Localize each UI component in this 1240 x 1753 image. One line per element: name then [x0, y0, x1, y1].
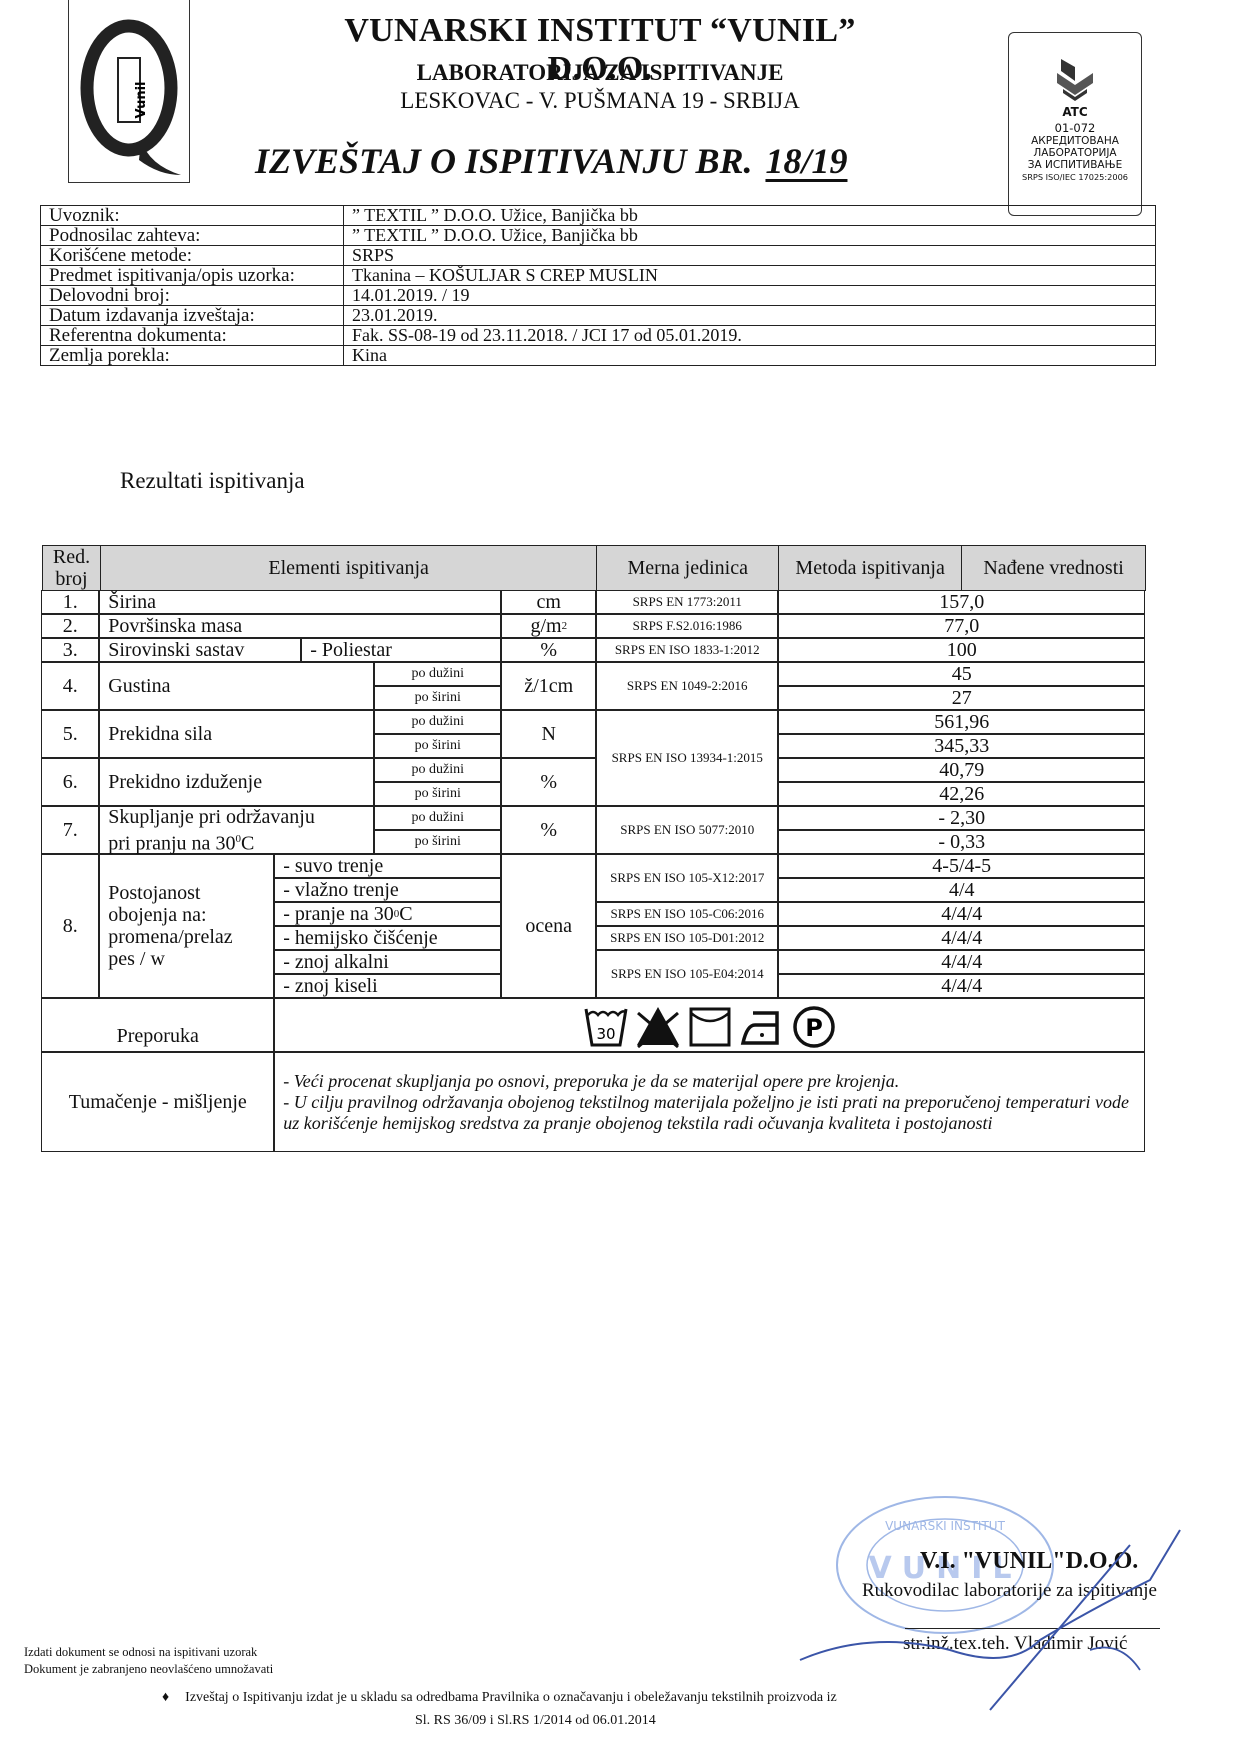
info-value: 14.01.2019. / 19: [344, 286, 1156, 306]
results-table: Red. broj Elementi ispitivanja Merna jed…: [42, 545, 1146, 591]
direction-width: po širini: [374, 782, 501, 806]
info-value: Fak. SS-08-19 od 23.11.2018. / JCI 17 od…: [344, 326, 1156, 346]
report-title-prefix: IZVEŠTAJ O ISPITIVANJU BR.: [255, 141, 752, 181]
unit: %: [501, 638, 596, 662]
found-value: 27: [778, 686, 1145, 710]
care-symbols: 30 P: [274, 998, 1145, 1052]
row-number: 3.: [41, 638, 99, 662]
col-header-element: Elementi ispitivanja: [100, 546, 596, 591]
cell-text: - U cilju pravilnog održavanja obojenog …: [283, 1092, 1136, 1134]
info-label: Delovodni broj:: [41, 286, 344, 306]
footer-note-regulation: ♦Izveštaj o Ispitivanju izdat je u sklad…: [162, 1690, 837, 1706]
direction-length: po dužini: [374, 710, 501, 734]
col-header-unit: Merna jedinica: [597, 546, 779, 591]
svg-text:VUNARSKI INSTITUT: VUNARSKI INSTITUT: [885, 1519, 1005, 1533]
info-value: ” TEXTIL ” D.O.O. Užice, Banjička bb: [344, 226, 1156, 246]
test-method: SRPS EN ISO 105-E04:2014: [596, 950, 778, 998]
found-value: 42,26: [778, 782, 1145, 806]
footer-note-sample: Izdati dokument se odnosi na ispitivani …: [24, 1645, 257, 1660]
info-label: Korišćene metode:: [41, 246, 344, 266]
signature-organization: V.I. "VUNIL"D.O.O.: [920, 1548, 1138, 1575]
row-number: 1.: [41, 590, 99, 614]
vunil-q-logo-icon: Vunil: [69, 0, 189, 182]
signature-role: Rukovodilac laboratorije za ispitivanje: [862, 1580, 1157, 1602]
interpretation-text: - Veći procenat skupljanja po osnovi, pr…: [274, 1052, 1145, 1152]
info-label: Zemlja porekla:: [41, 346, 344, 366]
test-element: Površinska masa: [99, 614, 501, 638]
fastness-test: - vlažno trenje: [274, 878, 501, 902]
no-bleach-icon: [635, 1003, 681, 1049]
row-number: 5.: [41, 710, 99, 758]
row-number: 2.: [41, 614, 99, 638]
found-value: 77,0: [778, 614, 1145, 638]
accreditation-badge: ATC 01-072 АКРЕДИТОВАНА ЛАБОРАТОРИЈА ЗА …: [1008, 32, 1142, 216]
info-row: Podnosilac zahteva:” TEXTIL ” D.O.O. Uži…: [41, 226, 1156, 246]
row-number: 8.: [41, 854, 99, 998]
col-header-value: Nađene vrednosti: [962, 546, 1145, 590]
test-element: Skupljanje pri održavanjupri pranju na 3…: [99, 806, 374, 854]
results-heading: Rezultati ispitivanja: [120, 468, 305, 494]
fastness-test: - znoj alkalni: [274, 950, 501, 974]
report-number: 18/19: [761, 141, 851, 181]
row-number: 6.: [41, 758, 99, 806]
found-value: 100: [778, 638, 1145, 662]
unit: %: [501, 806, 596, 854]
unit: N: [501, 710, 596, 758]
wash-30-icon: 30: [583, 1003, 629, 1049]
unit: %: [501, 758, 596, 806]
found-value: 4/4: [778, 878, 1145, 902]
direction-length: po dužini: [374, 662, 501, 686]
results-header-row: Red. broj Elementi ispitivanja Merna jed…: [43, 546, 1146, 591]
cell-text: 30: [596, 1025, 615, 1043]
cell-text: pri pranju na 300C: [108, 828, 254, 855]
info-value: SRPS: [344, 246, 1156, 266]
fastness-test: - hemijsko čišćenje: [274, 926, 501, 950]
info-value: 23.01.2019.: [344, 306, 1156, 326]
atc-line-3: ЗА ИСПИТИВАЊЕ: [1009, 159, 1141, 171]
found-value: 157,0: [778, 590, 1145, 614]
info-label: Datum izdavanja izveštaja:: [41, 306, 344, 326]
found-value: 345,33: [778, 734, 1145, 758]
svg-text:Vunil: Vunil: [134, 81, 149, 118]
info-row: Predmet ispitivanja/opis uzorka:Tkanina …: [41, 266, 1156, 286]
atc-number: 01-072: [1009, 121, 1141, 135]
info-label: Uvoznik:: [41, 206, 344, 226]
fastness-test: - suvo trenje: [274, 854, 501, 878]
col-header-method-value: Metoda ispitivanja Nađene vrednosti: [779, 546, 1146, 591]
cell-text: 2: [562, 615, 568, 637]
dryclean-p-icon: P: [791, 1003, 837, 1049]
info-row: Datum izdavanja izveštaja:23.01.2019.: [41, 306, 1156, 326]
cell-text: 30 P: [583, 997, 837, 1049]
signature-name: str.inž.tex.teh. Vladimir Jović: [903, 1633, 1127, 1655]
atc-line-2: ЛАБОРАТОРИЈА: [1009, 147, 1141, 159]
direction-length: po dužini: [374, 806, 501, 830]
info-row: Zemlja porekla:Kina: [41, 346, 1156, 366]
test-sub-element: - Poliestar: [301, 638, 501, 662]
atc-standard: SRPS ISO/IEC 17025:2006: [1009, 172, 1141, 182]
test-element: Prekidno izduženje: [99, 758, 374, 806]
report-title: IZVEŠTAJ O ISPITIVANJU BR. 18/19: [255, 140, 935, 182]
test-method: SRPS EN 1049-2:2016: [596, 662, 778, 710]
signature-line: [905, 1628, 1160, 1629]
direction-length: po dužini: [374, 758, 501, 782]
found-value: - 0,33: [778, 830, 1145, 854]
tumble-dry-icon: [687, 1003, 733, 1049]
test-element: Prekidna sila: [99, 710, 374, 758]
unit: g/m2: [501, 614, 596, 638]
info-label: Referentna dokumenta:: [41, 326, 344, 346]
interpretation-label: Tumačenje - mišljenje: [41, 1052, 274, 1152]
footer-note-gazette: Sl. RS 36/09 i Sl.RS 1/2014 od 06.01.201…: [415, 1713, 656, 1729]
test-element: Širina: [99, 590, 501, 614]
row-number: 4.: [41, 662, 99, 710]
cell-text: Postojanost: [108, 882, 200, 904]
atc-code: ATC: [1009, 105, 1141, 119]
unit: ž/1cm: [501, 662, 596, 710]
info-label: Predmet ispitivanja/opis uzorka:: [41, 266, 344, 286]
found-value: 561,96: [778, 710, 1145, 734]
test-method: SRPS EN ISO 105-C06:2016: [596, 902, 778, 926]
found-value: 40,79: [778, 758, 1145, 782]
sample-info-table: Uvoznik:” TEXTIL ” D.O.O. Užice, Banjičk…: [40, 205, 1156, 366]
test-element: Postojanostobojenja na:promena/prelazpes…: [99, 854, 274, 998]
test-method: SRPS EN ISO 105-X12:2017: [596, 854, 778, 902]
cell-text: pes / w: [108, 948, 165, 970]
found-value: - 2,30: [778, 806, 1145, 830]
institute-logo: Vunil: [68, 0, 190, 183]
unit: ocena: [501, 854, 596, 998]
cell-text: Skupljanje pri održavanju: [108, 806, 315, 828]
cell-text: - pranje na 30: [283, 903, 394, 925]
direction-width: po širini: [374, 734, 501, 758]
atc-line-1: АКРЕДИТОВАНА: [1009, 135, 1141, 147]
found-value: 4/4/4: [778, 926, 1145, 950]
recommendation-label: Preporuka: [41, 998, 274, 1052]
institute-address: LESKOVAC - V. PUŠMANA 19 - SRBIJA: [290, 88, 910, 114]
found-value: 4/4/4: [778, 950, 1145, 974]
info-label: Podnosilac zahteva:: [41, 226, 344, 246]
cell-text: P: [805, 1014, 823, 1042]
direction-width: po širini: [374, 830, 501, 854]
footer-note-copy: Dokument je zabranjeno neovlašćeno umnož…: [24, 1662, 273, 1677]
cell-text: promena/prelaz: [108, 926, 232, 948]
info-row: Uvoznik:” TEXTIL ” D.O.O. Užice, Banjičk…: [41, 206, 1156, 226]
cell-text: pri pranju na 30: [108, 833, 235, 855]
info-row: Delovodni broj:14.01.2019. / 19: [41, 286, 1156, 306]
bullet-icon: ♦: [162, 1690, 169, 1705]
iron-low-icon: [739, 1003, 785, 1049]
found-value: 45: [778, 662, 1145, 686]
info-value: Tkanina – KOŠULJAR S CREP MUSLIN: [344, 266, 1156, 286]
info-row: Korišćene metode:SRPS: [41, 246, 1156, 266]
info-value: ” TEXTIL ” D.O.O. Užice, Banjička bb: [344, 206, 1156, 226]
info-row: Referentna dokumenta:Fak. SS-08-19 od 23…: [41, 326, 1156, 346]
col-header-method: Metoda ispitivanja: [779, 546, 962, 590]
fastness-test: - pranje na 300C: [274, 902, 501, 926]
test-method: SRPS EN ISO 1833-1:2012: [596, 638, 778, 662]
laboratory-name: LABORATORIJA ZA ISPITIVANJE: [290, 60, 910, 86]
atc-chevron-icon: [1053, 45, 1097, 101]
info-value: Kina: [344, 346, 1156, 366]
found-value: 4/4/4: [778, 974, 1145, 998]
test-method: SRPS EN 1773:2011: [596, 590, 778, 614]
cell-text: C: [399, 903, 412, 925]
cell-text: - Veći procenat skupljanja po osnovi, pr…: [283, 1071, 899, 1092]
found-value: 4/4/4: [778, 902, 1145, 926]
test-method: SRPS EN ISO 13934-1:2015: [596, 710, 778, 806]
cell-text: C: [241, 833, 254, 855]
cell-text: obojenja na:: [108, 904, 206, 926]
test-method: SRPS F.S2.016:1986: [596, 614, 778, 638]
test-element: Sirovinski sastav: [99, 638, 301, 662]
test-element: Gustina: [99, 662, 374, 710]
test-method: SRPS EN ISO 105-D01:2012: [596, 926, 778, 950]
fastness-test: - znoj kiseli: [274, 974, 501, 998]
cell-text: g/m: [530, 615, 561, 637]
test-method: SRPS EN ISO 5077:2010: [596, 806, 778, 854]
col-header-no: Red. broj: [43, 546, 101, 591]
direction-width: po širini: [374, 686, 501, 710]
row-number: 7.: [41, 806, 99, 854]
found-value: 4-5/4-5: [778, 854, 1145, 878]
unit: cm: [501, 590, 596, 614]
